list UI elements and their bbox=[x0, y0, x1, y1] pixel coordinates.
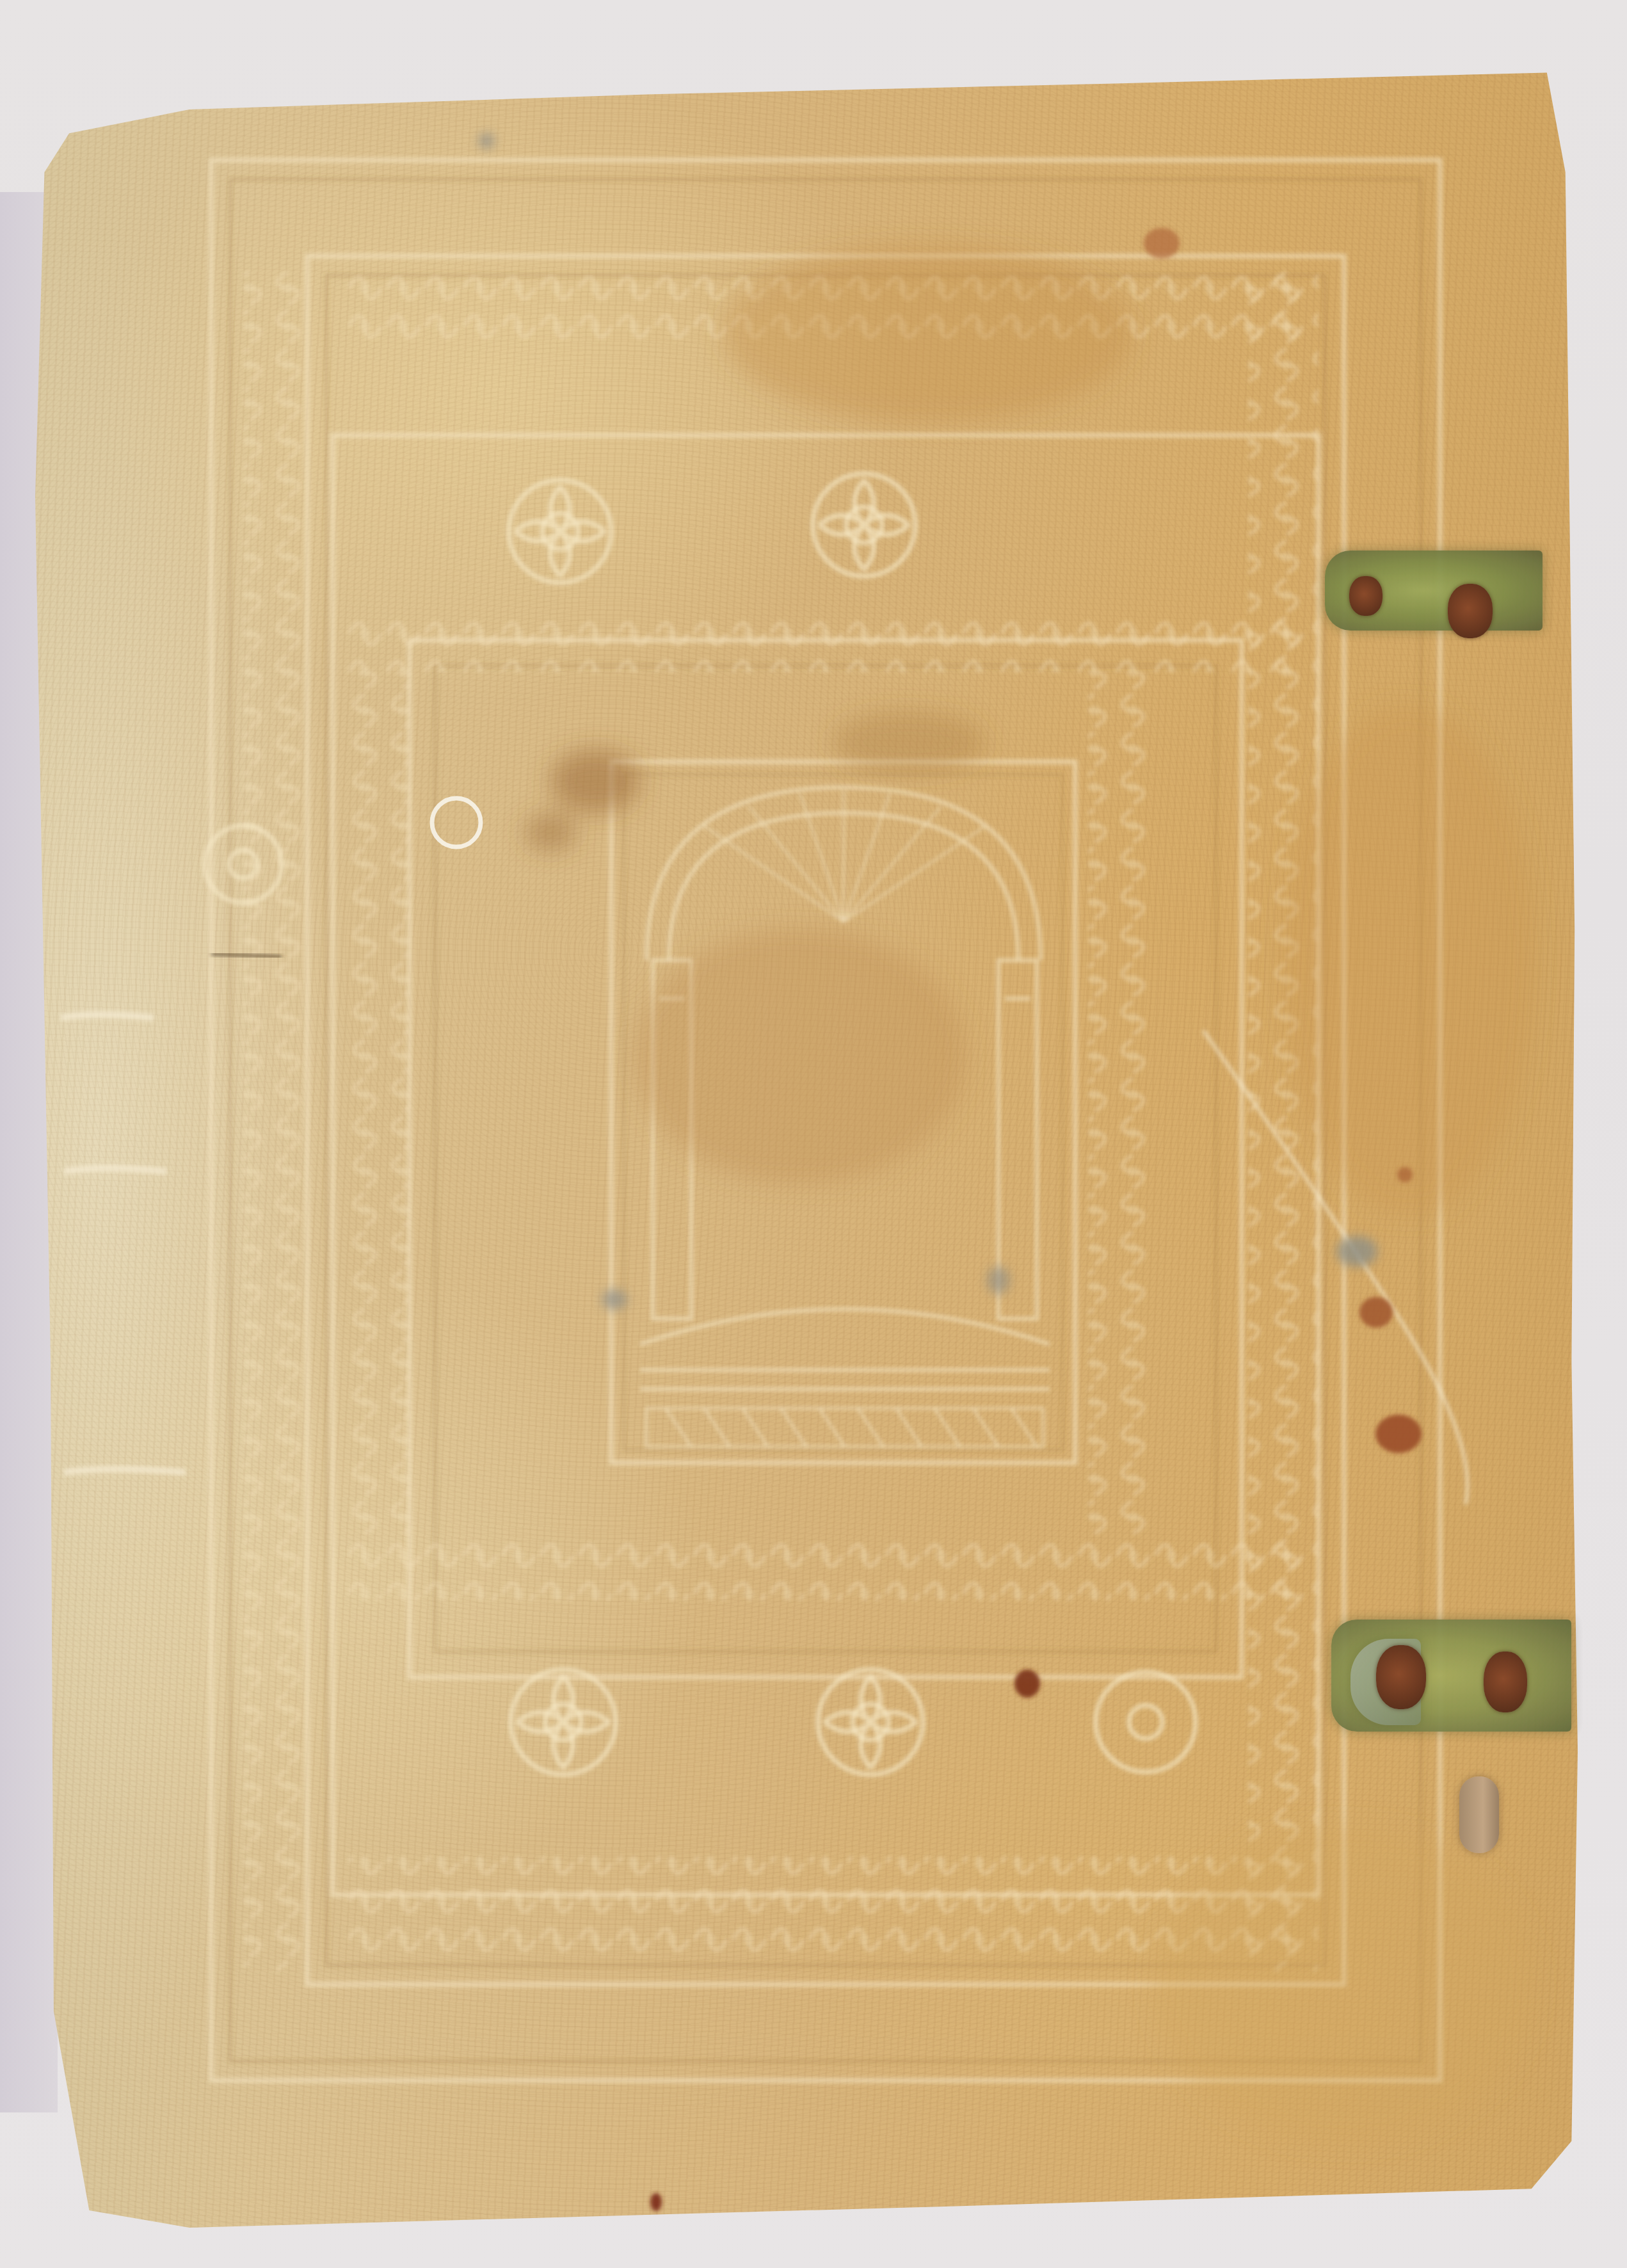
blind-stamped-decoration bbox=[0, 0, 1627, 2268]
spine-bands bbox=[61, 1015, 186, 1472]
lower-clasp-nail-left bbox=[1376, 1645, 1426, 1709]
catch-plate-remnant bbox=[1459, 1776, 1499, 1853]
ring-mark bbox=[432, 798, 481, 847]
upper-clasp-nail-right bbox=[1448, 584, 1493, 638]
lower-clasp-nail-right bbox=[1484, 1652, 1527, 1712]
upper-clasp-nail-left bbox=[1349, 576, 1383, 616]
